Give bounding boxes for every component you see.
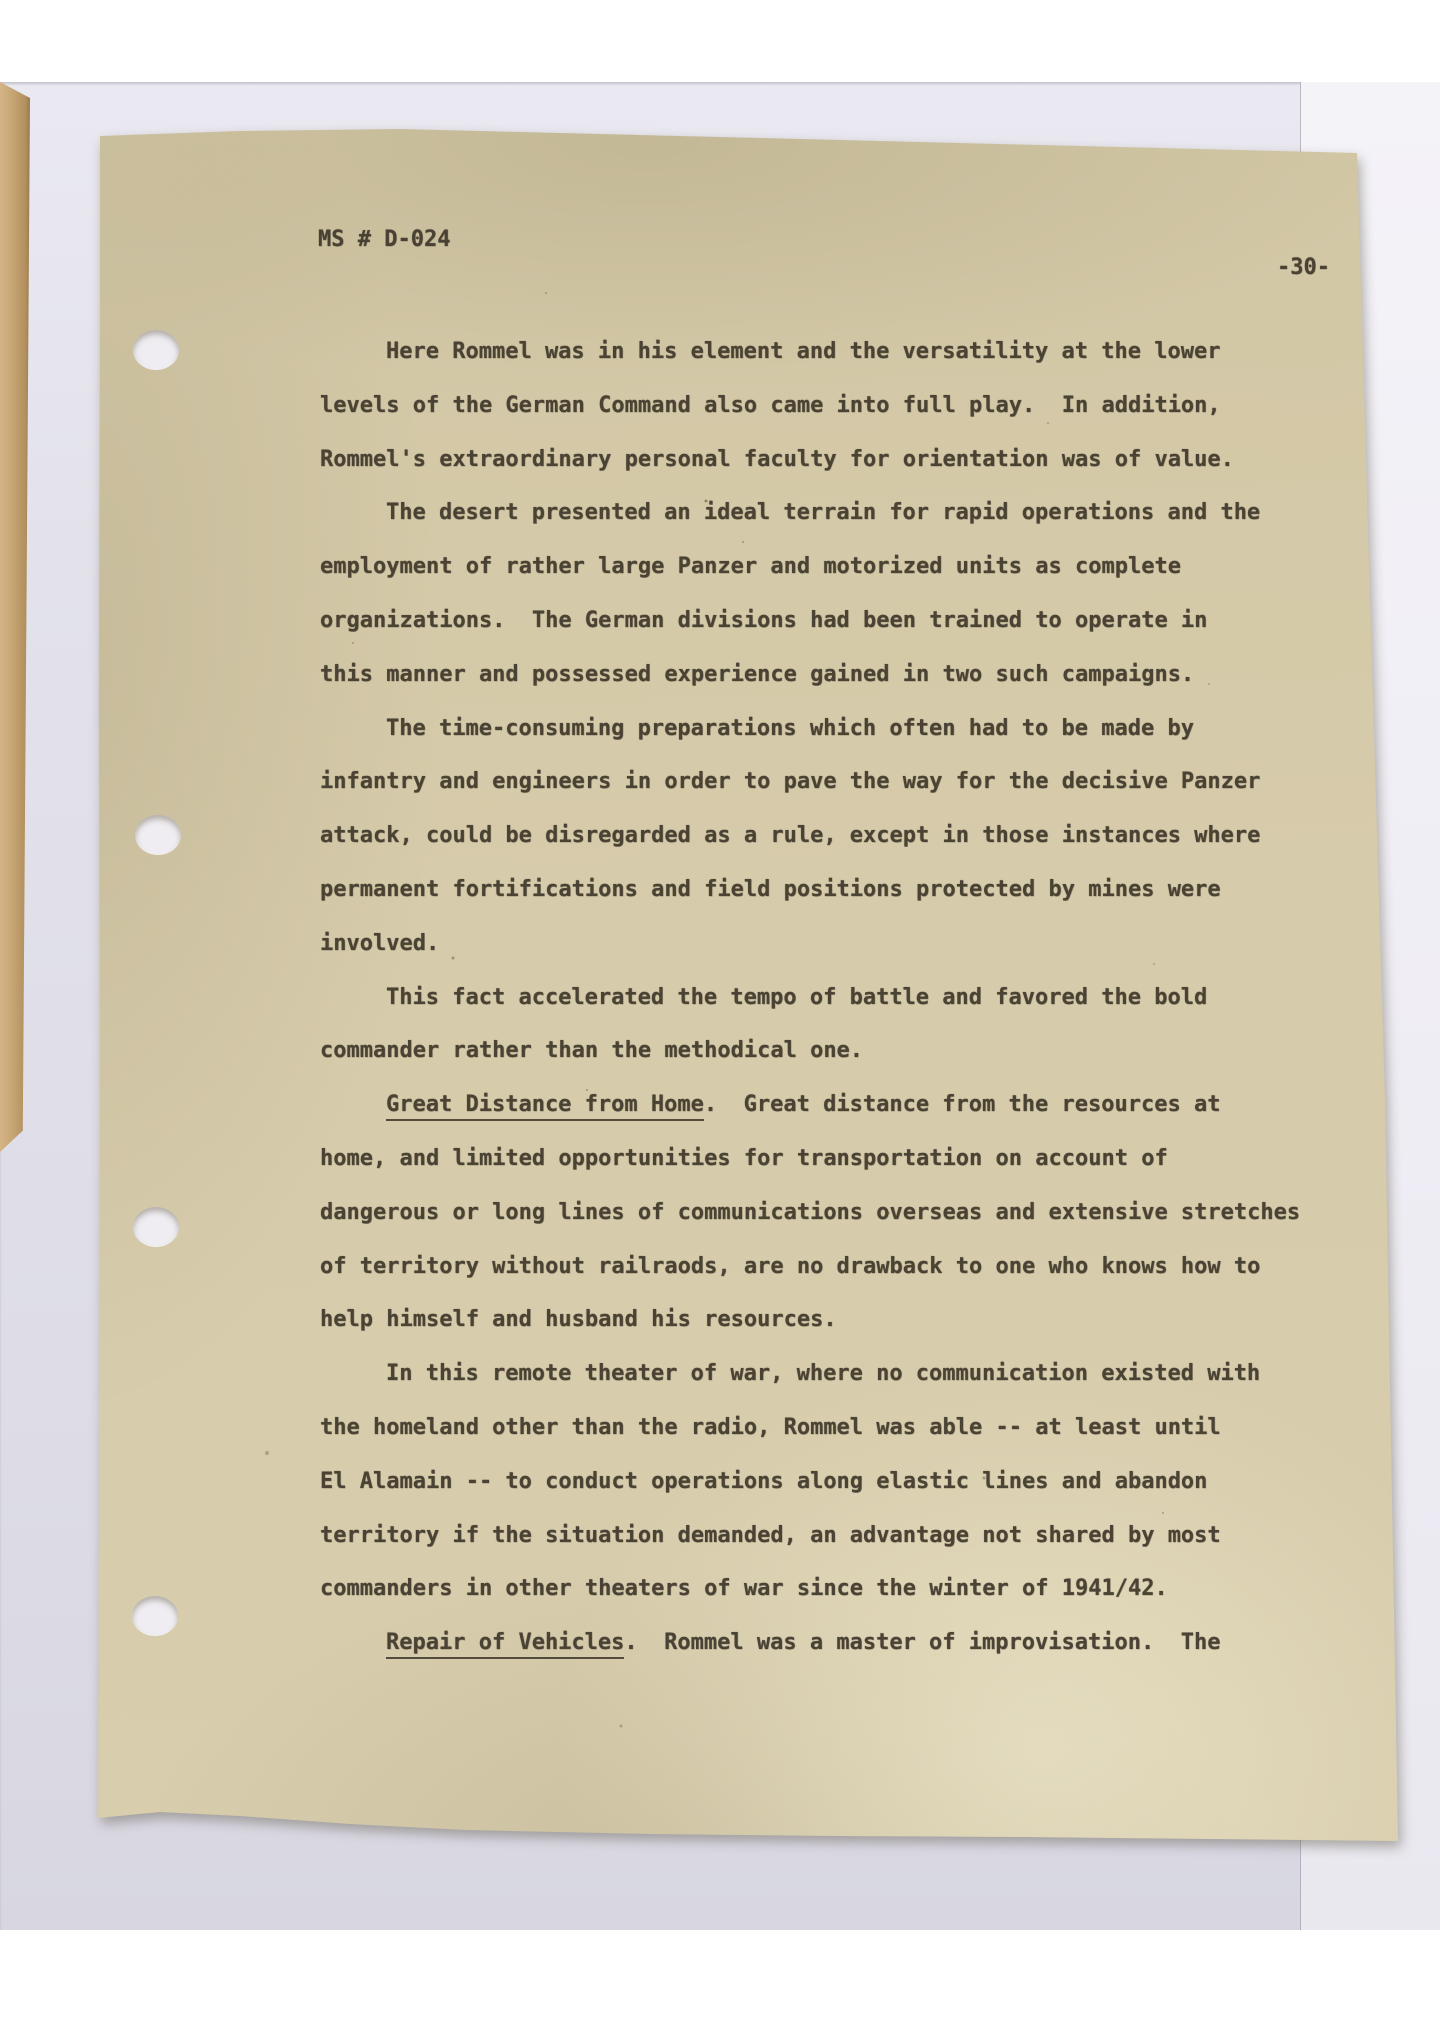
text-line: Here Rommel was in his element and the v… xyxy=(320,325,1380,379)
text-run: Rommel's extraordinary personal faculty … xyxy=(320,447,1234,472)
text-line: home, and limited opportunities for tran… xyxy=(320,1132,1380,1186)
punch-hole xyxy=(133,1207,179,1247)
text-line: help himself and husband his resources. xyxy=(320,1293,1380,1347)
text-line: The desert presented an ideal terrain fo… xyxy=(320,486,1380,540)
punch-hole xyxy=(135,815,181,855)
punch-hole xyxy=(133,330,179,370)
text-line: Rommel's extraordinary personal faculty … xyxy=(320,433,1380,487)
text-line: levels of the German Command also came i… xyxy=(320,379,1380,433)
scanned-document-photo: MS # D-024 -30- Here Rommel was in his e… xyxy=(0,0,1440,2037)
text-run: of territory without railraods, are no d… xyxy=(320,1254,1260,1279)
paper-shadow: MS # D-024 -30- Here Rommel was in his e… xyxy=(0,0,1440,2037)
text-line: employment of rather large Panzer and mo… xyxy=(320,540,1380,594)
text-line: attack, could be disregarded as a rule, … xyxy=(320,809,1380,863)
text-run: permanent fortifications and field posit… xyxy=(320,877,1221,902)
punch-hole xyxy=(132,1596,178,1636)
paper-specks xyxy=(0,0,2,2)
text-line: dangerous or long lines of communication… xyxy=(320,1186,1380,1240)
text-run: In this remote theater of war, where no … xyxy=(386,1361,1260,1386)
text-line: Great Distance from Home. Great distance… xyxy=(320,1078,1380,1132)
text-run: commander rather than the methodical one… xyxy=(320,1038,863,1063)
text-line: this manner and possessed experience gai… xyxy=(320,648,1380,702)
text-line: the homeland other than the radio, Romme… xyxy=(320,1401,1380,1455)
text-run: . Great distance from the resources at xyxy=(704,1092,1221,1117)
text-run: the homeland other than the radio, Romme… xyxy=(320,1415,1221,1440)
text-line: involved. xyxy=(320,917,1380,971)
text-run: involved. xyxy=(320,931,439,956)
underlined-heading: Great Distance from Home xyxy=(386,1092,704,1121)
text-line: The time-consuming preparations which of… xyxy=(320,702,1380,756)
text-line: territory if the situation demanded, an … xyxy=(320,1509,1380,1563)
manuscript-number: MS # D-024 xyxy=(318,226,450,254)
text-line: commanders in other theaters of war sinc… xyxy=(320,1562,1380,1616)
text-line: In this remote theater of war, where no … xyxy=(320,1347,1380,1401)
text-line: organizations. The German divisions had … xyxy=(320,594,1380,648)
text-run: territory if the situation demanded, an … xyxy=(320,1523,1221,1548)
text-line: of territory without railraods, are no d… xyxy=(320,1240,1380,1294)
text-run: . Rommel was a master of improvisation. … xyxy=(624,1630,1220,1655)
text-run: Here Rommel was in his element and the v… xyxy=(386,339,1220,364)
text-run: home, and limited opportunities for tran… xyxy=(320,1146,1168,1171)
text-run: attack, could be disregarded as a rule, … xyxy=(320,823,1260,848)
text-line: commander rather than the methodical one… xyxy=(320,1024,1380,1078)
text-line: infantry and engineers in order to pave … xyxy=(320,755,1380,809)
text-line: permanent fortifications and field posit… xyxy=(320,863,1380,917)
underlined-heading: Repair of Vehicles xyxy=(386,1630,624,1659)
text-run: infantry and engineers in order to pave … xyxy=(320,769,1260,794)
text-run: help himself and husband his resources. xyxy=(320,1307,837,1332)
text-run: this manner and possessed experience gai… xyxy=(320,662,1194,687)
text-run: employment of rather large Panzer and mo… xyxy=(320,554,1181,579)
text-run: This fact accelerated the tempo of battl… xyxy=(386,985,1207,1010)
text-run: commanders in other theaters of war sinc… xyxy=(320,1576,1168,1601)
text-line: El Alamain -- to conduct operations alon… xyxy=(320,1455,1380,1509)
text-run: The desert presented an ideal terrain fo… xyxy=(386,500,1260,525)
text-run: organizations. The German divisions had … xyxy=(320,608,1207,633)
page-number: -30- xyxy=(1277,254,1330,282)
document-paper: MS # D-024 -30- Here Rommel was in his e… xyxy=(0,0,1440,2037)
text-run: dangerous or long lines of communication… xyxy=(320,1200,1300,1225)
text-line: Repair of Vehicles. Rommel was a master … xyxy=(320,1616,1380,1670)
text-run: El Alamain -- to conduct operations alon… xyxy=(320,1469,1207,1494)
text-run: The time-consuming preparations which of… xyxy=(386,716,1194,741)
text-line: This fact accelerated the tempo of battl… xyxy=(320,971,1380,1025)
text-run: levels of the German Command also came i… xyxy=(320,393,1221,418)
typed-body: Here Rommel was in his element and the v… xyxy=(320,325,1380,1670)
